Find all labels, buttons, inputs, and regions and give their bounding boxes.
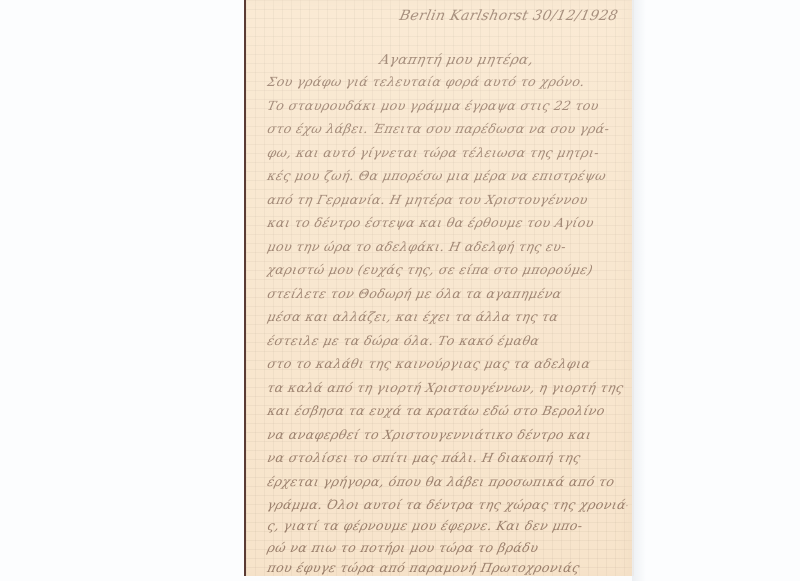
letter-line: κές μου ζωή. Θα μπορέσω μια μέρα να επισ…: [266, 168, 629, 183]
letter-line: φω, και αυτό γίγνεται τώρα τέλειωσα της …: [266, 145, 629, 160]
letter-line: και έσβησα τα ευχά τα κρατάω εδώ στο Βερ…: [266, 403, 629, 418]
letter-line: που έφυγε τώρα από παραμονή Πρωτοχρονιάς: [266, 560, 629, 575]
letter-line: μέσα και αλλάζει, και έχει τα άλλα της τ…: [266, 309, 629, 324]
page-edge-shadow: [632, 0, 646, 581]
letter-line: και το δέντρο έστεψα και θα έρθουμε του …: [266, 215, 629, 230]
letter-line: γράμμα. Όλοι αυτοί τα δέντρα της χώρας τ…: [266, 497, 629, 512]
letter-line: Το σταυρουδάκι μου γράμμα έγραψα στις 22…: [266, 98, 629, 113]
letter-line: τα καλά από τη γιορτή Χριστουγέννων, η γ…: [266, 380, 629, 395]
letter-line: έρχεται γρήγορα, όπου θα λάβει προσωπικά…: [266, 474, 629, 489]
letter-line: μου την ώρα το αδελφάκι. Η αδελφή της ευ…: [266, 239, 629, 254]
letter-line: στείλετε τον Θοδωρή με όλα τα αγαπημένα: [266, 286, 629, 301]
letter-line: στο το καλάθι της καινούργιας μας τα αδε…: [266, 356, 629, 371]
letter-line: έστειλε με τα δώρα όλα. Το κακό έμαθα: [266, 333, 629, 348]
letter-line: στο έχω λάβει. Έπειτα σου παρέδωσα να σο…: [266, 121, 629, 136]
letter-line: Σου γράφω γιά τελευταία φορά αυτό το χρό…: [266, 74, 629, 89]
letter-line: χαριστώ μου (ευχάς της, σε είπα στο μπορ…: [266, 262, 629, 277]
letter-salutation: Αγαπητή μου μητέρα,: [378, 52, 535, 68]
letter-page: Berlin Karlshorst 30/12/1928 Αγαπητή μου…: [244, 0, 634, 576]
letter-date-place: Berlin Karlshorst 30/12/1928: [398, 8, 620, 24]
letter-line: να αναφερθεί το Χριστουγεννιάτικο δέντρο…: [266, 427, 629, 442]
letter-line: να στολίσει το σπίτι μας πάλι. Η διακοπή…: [266, 450, 629, 465]
letter-line: ρώ να πιω το ποτήρι μου τώρα το βράδυ: [266, 540, 629, 555]
letter-line: από τη Γερμανία. Η μητέρα του Χριστουγέν…: [266, 192, 629, 207]
letter-line: ς, γιατί τα φέρνουμε μου έφερνε. Και δεν…: [266, 518, 629, 533]
